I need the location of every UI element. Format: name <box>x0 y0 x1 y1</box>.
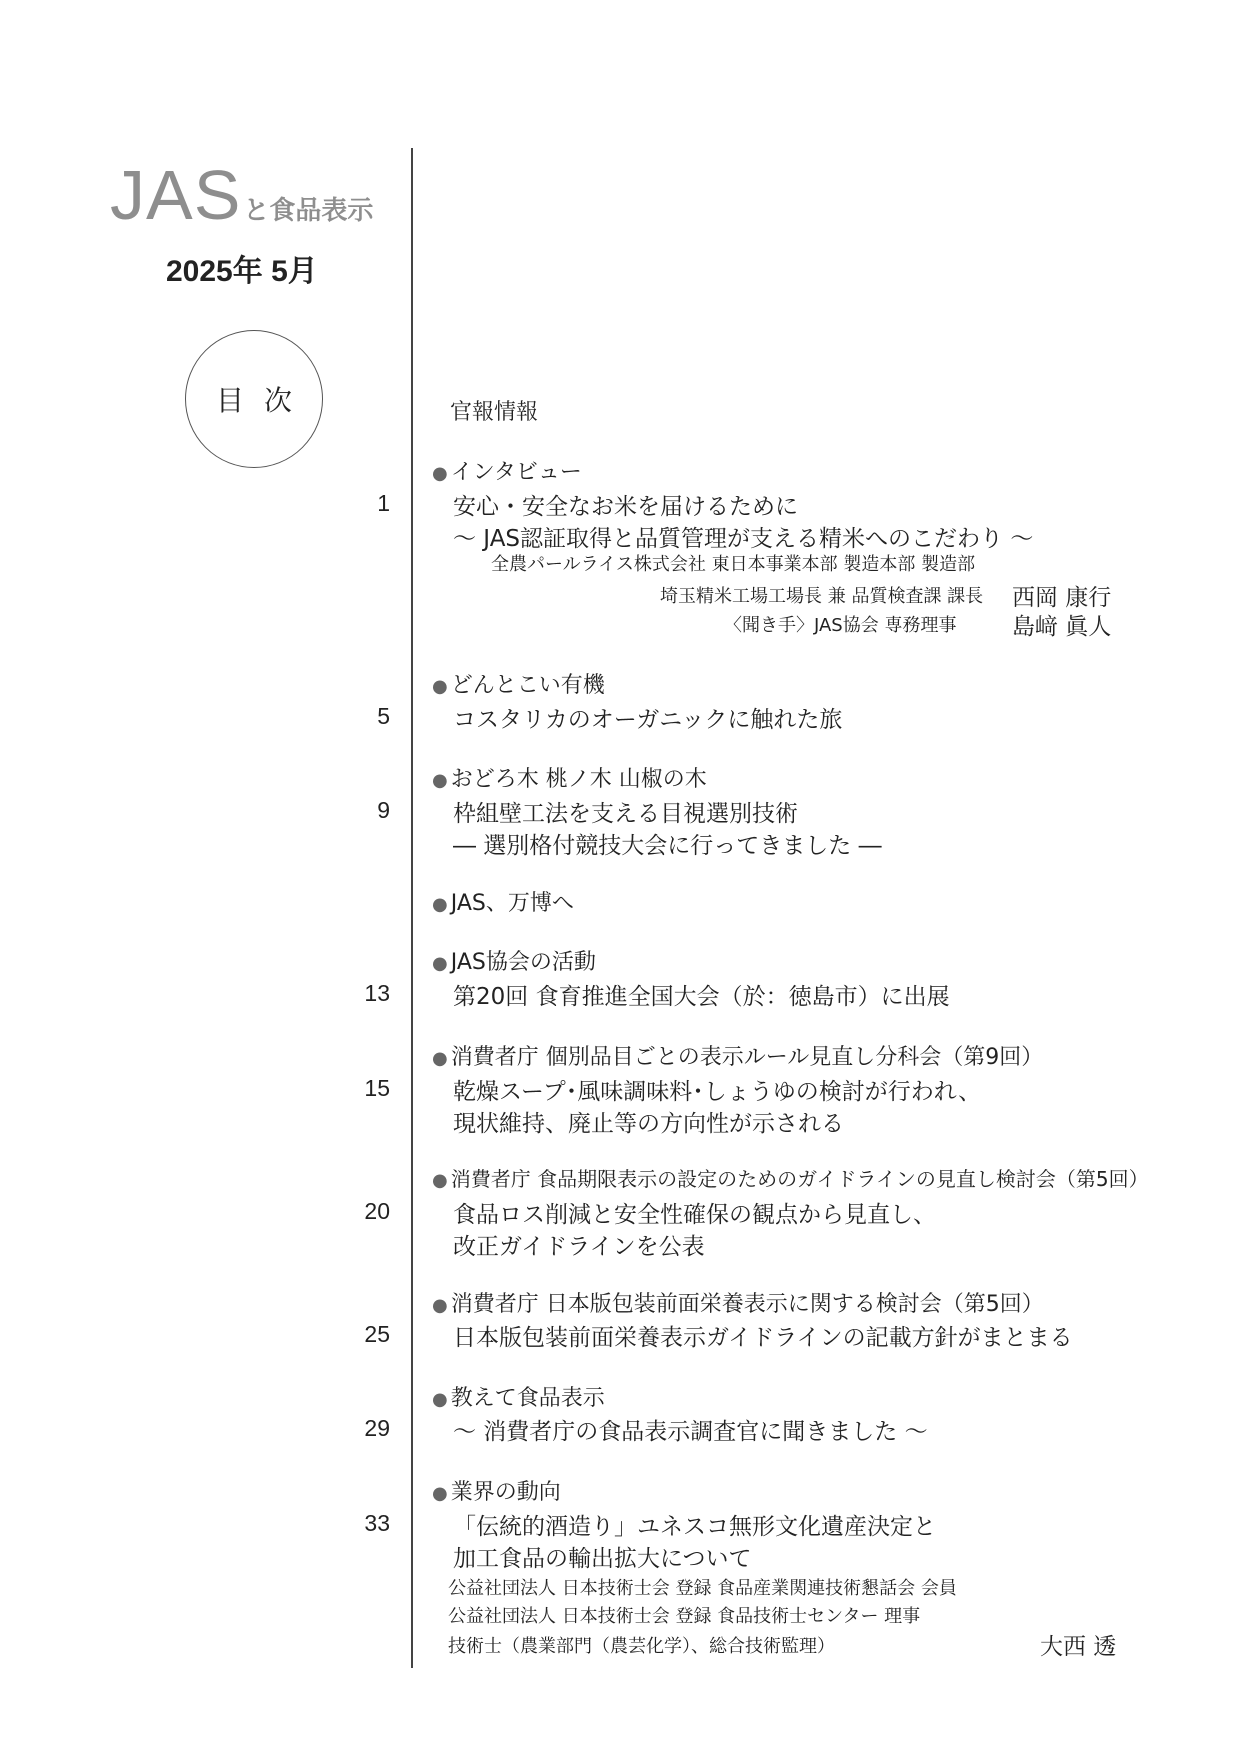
byline: 全農パールライス株式会社 東日本事業本部 製造本部 製造部 <box>491 550 975 576</box>
category: ●おどろ木 桃ノ木 山椒の木 <box>432 762 707 793</box>
page-number: 20 <box>340 1198 390 1225</box>
byline: 技術士（農業部門（農芸化学）、総合技術監理） <box>448 1632 835 1658</box>
byline: 公益社団法人 日本技術士会 登録 食品産業関連技術懇話会 会員 <box>448 1574 957 1600</box>
article-title[interactable]: 枠組壁工法を支える目視選別技術 <box>453 795 798 828</box>
category: ●消費者庁 日本版包装前面栄養表示に関する検討会（第5回） <box>432 1287 1044 1318</box>
article-title[interactable]: 日本版包装前面栄養表示ガイドラインの記載方針がまとまる <box>453 1319 1073 1352</box>
article-title[interactable]: 第20回 食育推進全国大会（於：徳島市）に出展 <box>453 978 950 1011</box>
subtitle: と食品表示 <box>243 196 373 226</box>
article-title[interactable]: 食品ロス削減と安全性確保の観点から見直し、 <box>453 1196 936 1229</box>
article-title[interactable]: コスタリカのオーガニックに触れた旅 <box>453 701 842 734</box>
category: ●業界の動向 <box>432 1475 561 1506</box>
article-subtitle: 改正ガイドラインを公表 <box>453 1228 705 1261</box>
category[interactable]: ●JAS、万博へ <box>432 886 574 917</box>
page-number: 15 <box>340 1075 390 1102</box>
article-title[interactable]: 「伝統的酒造り」ユネスコ無形文化遺産決定と <box>453 1508 936 1541</box>
page-number: 29 <box>340 1415 390 1442</box>
category: ●インタビュー <box>432 455 582 486</box>
category: ●消費者庁 食品期限表示の設定のためのガイドラインの見直し検討会（第5回） <box>432 1163 1149 1192</box>
page-number: 5 <box>340 703 390 730</box>
toc-heading: 目次 <box>185 330 323 468</box>
brand: JAS <box>110 156 241 234</box>
category: ●教えて食品表示 <box>432 1381 605 1412</box>
byline: 〈聞き手〉JAS協会 専務理事 <box>724 611 956 637</box>
article-subtitle: 加工食品の輸出拡大について <box>453 1540 752 1573</box>
article-title[interactable]: ～ 消費者庁の食品表示調査官に聞きました ～ <box>453 1413 928 1446</box>
page-number: 13 <box>340 980 390 1007</box>
magazine-title: JASと食品表示 <box>110 160 373 230</box>
category: ●消費者庁 個別品目ごとの表示ルール見直し分科会（第9回） <box>432 1040 1043 1071</box>
page-number: 1 <box>340 490 390 517</box>
page-number: 25 <box>340 1321 390 1348</box>
article-title[interactable]: 安心・安全なお米を届けるために <box>453 488 798 521</box>
page-number: 33 <box>340 1510 390 1537</box>
gazette-info: 官報情報 <box>450 395 538 426</box>
category: ●どんとこい有機 <box>432 668 605 699</box>
article-subtitle: ～ JAS認証取得と品質管理が支える精米へのこだわり ～ <box>453 520 1033 553</box>
byline: 公益社団法人 日本技術士会 登録 食品技術士センター 理事 <box>448 1602 920 1628</box>
article-subtitle: ― 選別格付競技大会に行ってきました ― <box>453 827 882 860</box>
issue-date: 2025年 5月 <box>166 246 318 290</box>
article-subtitle: 現状維持、廃止等の方向性が示される <box>453 1105 844 1138</box>
byline: 埼玉精米工場工場長 兼 品質検査課 課長 <box>660 582 983 608</box>
author: 大西 透 <box>1040 1628 1116 1661</box>
category: ●JAS協会の活動 <box>432 945 596 976</box>
divider <box>411 148 413 1668</box>
article-title[interactable]: 乾燥スープ･風味調味料･しょうゆの検討が行われ、 <box>453 1073 981 1106</box>
interviewer: 島﨑 眞人 <box>1012 608 1111 641</box>
page-number: 9 <box>340 797 390 824</box>
